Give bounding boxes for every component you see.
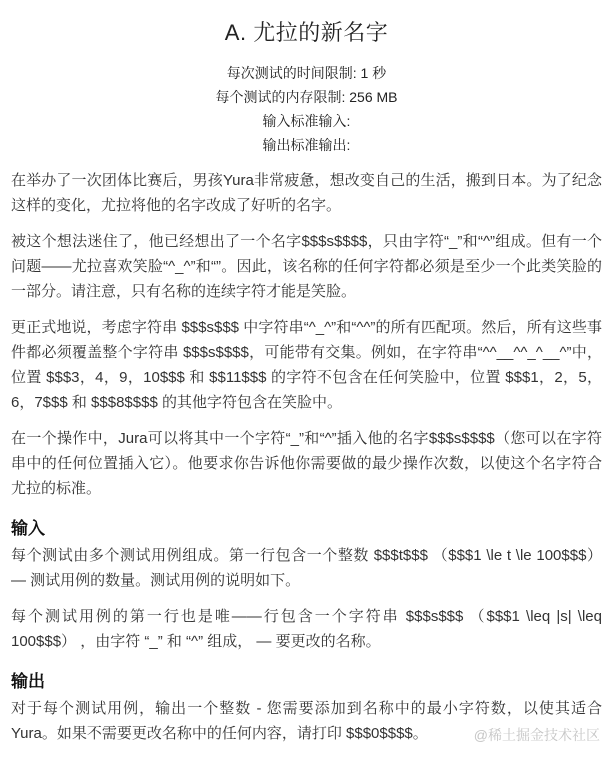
input-paragraph-2: 每个测试用例的第一行也是唯——行包含一个字符串 $$$s$$$ （$$$1 \l… [11, 604, 602, 654]
memory-limit: 每个测试的内存限制: 256 MB [11, 85, 602, 109]
time-limit: 每次测试的时间限制: 1 秒 [11, 61, 602, 85]
input-source-label: 输入标准输入: [11, 109, 602, 133]
problem-statement: 在举办了一次团体比赛后，男孩Yura非常疲惫，想改变自己的生活，搬到日本。为了纪… [11, 168, 602, 501]
output-paragraph-wrap: 对于每个测试用例，输出一个整数 - 您需要添加到名称中的最小字符数，以使其适合 … [11, 696, 602, 746]
output-section: 输出 对于每个测试用例，输出一个整数 - 您需要添加到名称中的最小字符数，以使其… [11, 671, 602, 746]
output-target-label: 输出标准输出: [11, 133, 602, 157]
statement-paragraph-2: 被这个想法迷住了，他已经想出了一个名字$$$s$$$$，只由字符“_”和“^”组… [11, 229, 602, 304]
output-paragraph-1: 对于每个测试用例，输出一个整数 - 您需要添加到名称中的最小字符数，以使其适合 … [11, 696, 602, 746]
problem-page: A. 尤拉的新名字 每次测试的时间限制: 1 秒 每个测试的内存限制: 256 … [0, 0, 613, 775]
output-section-heading: 输出 [11, 671, 602, 693]
statement-paragraph-3: 更正式地说，考虑字符串 $$$s$$$ 中字符串“^_^”和“^^”的所有匹配项… [11, 315, 602, 415]
input-paragraph-1: 每个测试由多个测试用例组成。第一行包含一个整数 $$$t$$$ （$$$1 \l… [11, 543, 602, 593]
input-section-heading: 输入 [11, 518, 602, 540]
page-title: A. 尤拉的新名字 [11, 16, 602, 47]
statement-paragraph-1: 在举办了一次团体比赛后，男孩Yura非常疲惫，想改变自己的生活，搬到日本。为了纪… [11, 168, 602, 218]
input-section: 输入 每个测试由多个测试用例组成。第一行包含一个整数 $$$t$$$ （$$$1… [11, 518, 602, 654]
problem-limits: 每次测试的时间限制: 1 秒 每个测试的内存限制: 256 MB 输入标准输入:… [11, 61, 602, 157]
statement-paragraph-4: 在一个操作中，Jura可以将其中一个字符“_”和“^”插入他的名字$$$s$$$… [11, 426, 602, 501]
